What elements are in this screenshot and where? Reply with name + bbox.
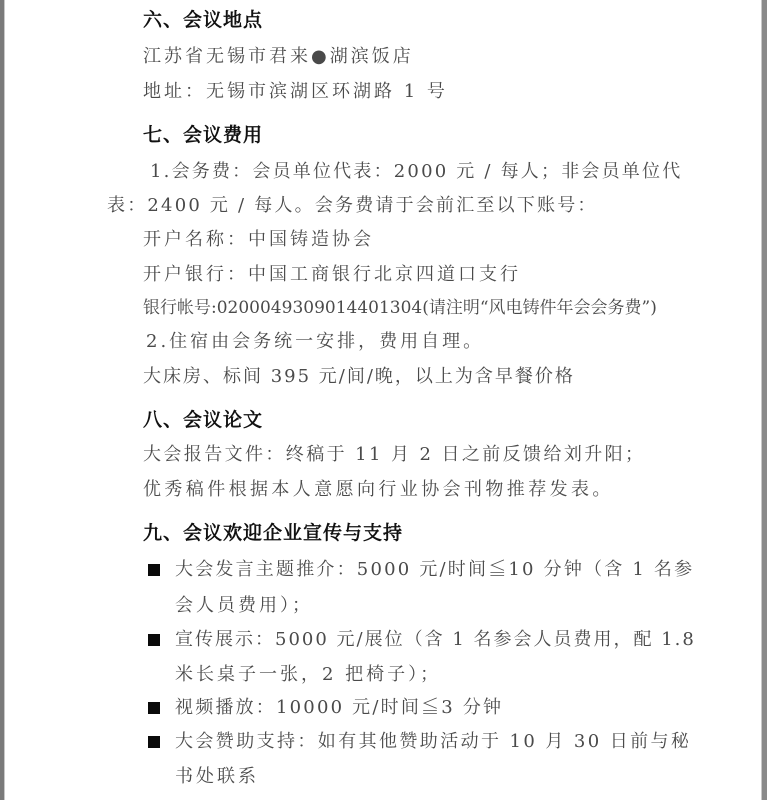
sponsor-item-video: 视频播放：10000 元/时间≦3 分钟 (175, 696, 503, 720)
black-square-bullet-icon (148, 564, 160, 576)
section-heading-venue: 六、会议地点 (143, 7, 263, 33)
sponsor-item-keynote: 大会发言主题推介：5000 元/时间≦10 分钟（含 1 名参 (175, 558, 694, 582)
fee-line-registration-cont: 表：2400 元 / 每人。会务费请于会前汇至以下账号： (107, 194, 598, 218)
black-square-bullet-icon (148, 634, 160, 646)
page-edge-right (762, 0, 767, 800)
room-price: 大床房、标间 395 元/间/晚，以上为含早餐价格 (143, 365, 575, 389)
account-bank: 开户银行：中国工商银行北京四道口支行 (143, 263, 521, 287)
fee-line-registration: 1.会务费：会员单位代表：2000 元 / 每人；非会员单位代 (150, 160, 682, 184)
lodging-note: 2.住宿由会务统一安排，费用自理。 (146, 330, 484, 354)
sponsor-item-keynote-cont: 会人员费用）； (175, 594, 313, 618)
sponsor-item-exhibit: 宣传展示：5000 元/展位（含 1 名参会人员费用，配 1.8 (175, 628, 696, 652)
account-number: 银行帐号:0200049309014401304(请注明“风电铸件年会会务费”) (143, 296, 657, 320)
venue-address: 地址：无锡市滨湖区环湖路 1 号 (143, 80, 448, 104)
sponsor-item-exhibit-cont: 米长桌子一张，2 把椅子）； (175, 663, 441, 687)
sponsor-item-other: 大会赞助支持：如有其他赞助活动于 10 月 30 日前与秘 (175, 730, 691, 754)
black-square-bullet-icon (148, 736, 160, 748)
papers-deadline: 大会报告文件：终稿于 11 月 2 日之前反馈给刘升阳； (143, 443, 645, 467)
section-heading-sponsorship: 九、会议欢迎企业宣传与支持 (143, 520, 403, 546)
section-heading-fees: 七、会议费用 (143, 122, 263, 148)
venue-name: 江苏省无锡市君来●湖滨饭店 (143, 45, 414, 69)
black-square-bullet-icon (148, 702, 160, 714)
section-heading-papers: 八、会议论文 (143, 407, 263, 433)
sponsor-item-other-cont: 书处联系 (175, 765, 259, 789)
account-name: 开户名称：中国铸造协会 (143, 228, 374, 252)
page-edge-left (0, 0, 4, 800)
papers-publication: 优秀稿件根据本人意愿向行业协会刊物推荐发表。 (143, 478, 614, 502)
